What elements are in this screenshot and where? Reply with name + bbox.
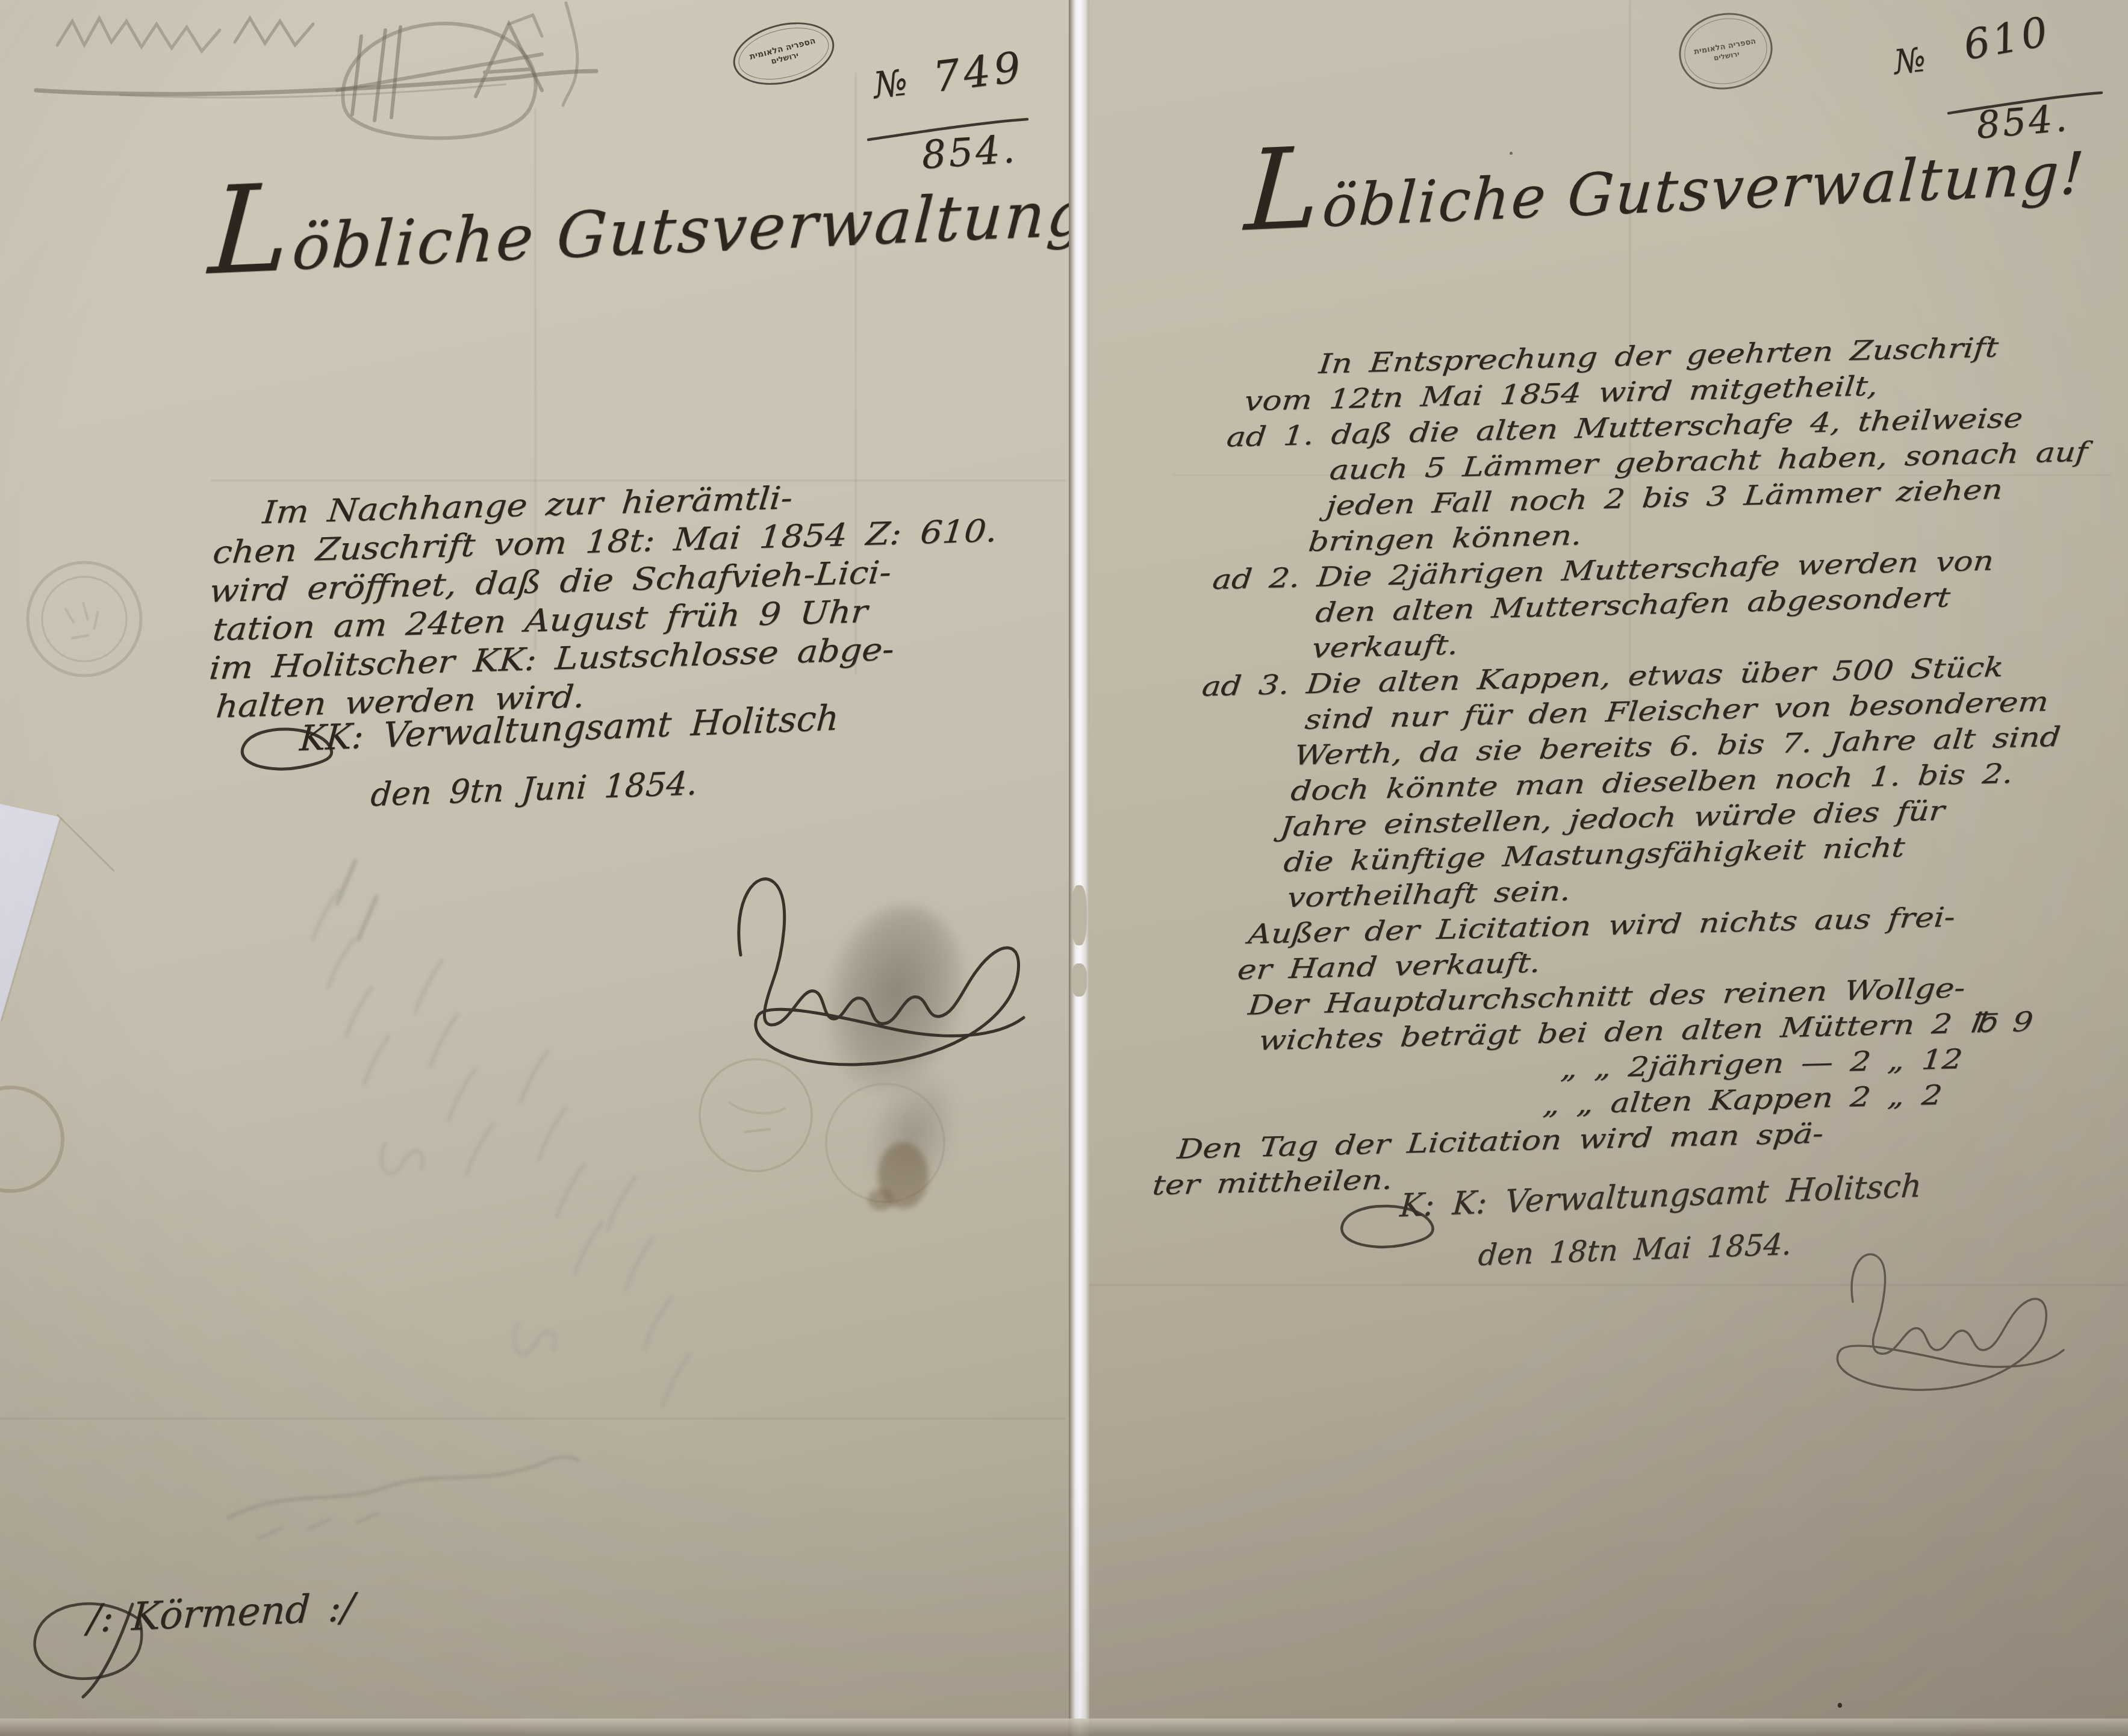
ref-number-right: 610 xyxy=(1960,8,2054,70)
fold-crease xyxy=(1172,474,2112,476)
fold-crease xyxy=(0,1418,1066,1419)
page-gap-strip xyxy=(1069,0,1089,1736)
library-stamp-inner-ring xyxy=(1679,12,1773,90)
signature-scrawl-right xyxy=(1802,1240,2091,1409)
fold-crease xyxy=(855,72,856,674)
fold-crease xyxy=(1629,0,1631,753)
gap-paper-notch xyxy=(1071,963,1087,997)
gap-paper-notch xyxy=(1071,885,1087,945)
ref-sign-left: № xyxy=(871,61,911,107)
salutation-text-left: öbliche Gutsverwaltung! xyxy=(290,175,1070,285)
torn-edge-line xyxy=(0,804,126,1045)
verso-bleedthrough-strokes xyxy=(253,855,723,1457)
postmark-circles-lower xyxy=(686,1048,963,1246)
salutation-capital-right: L xyxy=(1243,132,1324,247)
postmark-circle-upper-left xyxy=(17,548,155,692)
fold-crease xyxy=(211,480,1066,481)
library-stamp-oval-right: הספריה הלאומית ירושלים xyxy=(1673,5,1779,96)
right-body-text: In Entsprechung der geehrten Zuschrift v… xyxy=(1151,327,2102,1203)
ref-sign-right: № xyxy=(1892,40,1929,82)
closing-date-right: den 18tn Mai 1854. xyxy=(1477,1227,1793,1272)
scan-bottom-edge xyxy=(0,1719,2128,1736)
left-body-text: Im Nachhange zur hierämtli- chen Zuschri… xyxy=(198,473,1002,727)
scanned-document-canvas: הספריה הלאומית ירושלים № 749 854. L öbli… xyxy=(0,0,2128,1736)
salutation-right: L öbliche Gutsverwaltung! xyxy=(1243,99,2090,247)
ink-speck xyxy=(1510,152,1513,155)
fold-crease xyxy=(535,108,536,650)
postmark-arc-left-edge xyxy=(0,1078,78,1204)
right-letter-page: הספריה הלאומית ירושלים № 610 854. L öbli… xyxy=(1088,0,2128,1736)
left-letter-page: הספריה הלאומית ירושלים № 749 854. L öbli… xyxy=(0,0,1070,1736)
fold-crease xyxy=(1088,1284,2128,1286)
mirrored-pencil-note xyxy=(211,1439,602,1560)
salutation-text-right: öbliche Gutsverwaltung! xyxy=(1321,139,2088,240)
closing-date-left: den 9tn Juni 1854. xyxy=(370,764,699,814)
ref-number-left: 749 xyxy=(930,42,1027,102)
ink-speck xyxy=(1838,1703,1842,1708)
salutation-capital-left: L xyxy=(207,168,294,293)
